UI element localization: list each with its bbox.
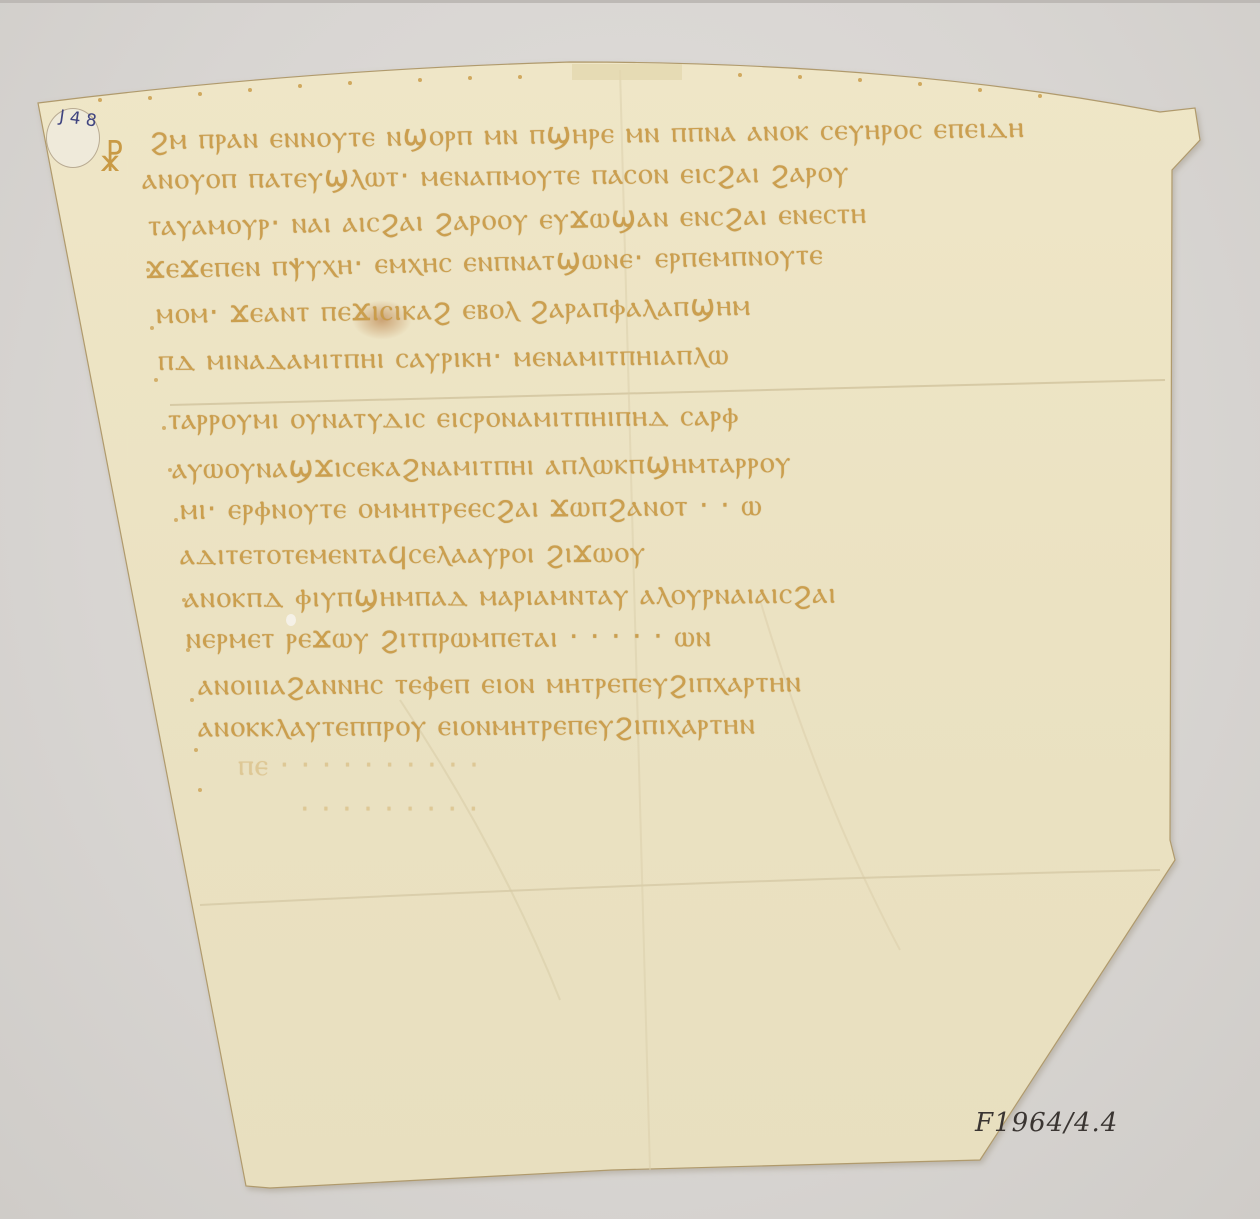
text-line: ϩⲙ ⲡⲣⲁⲛ ⲉⲛⲛⲟⲩⲧⲉ ⲛϣⲟⲣⲡ ⲙⲛ ⲡϣⲏⲣⲉ ⲙⲛ ⲡⲡⲛⲁ ⲁ… [150, 110, 1025, 157]
text-line: ⲙⲓ· ⲉⲣⲫⲛⲟⲩⲧⲉ ⲟⲙⲙⲏⲧⲣⲉⲉⲥϩⲁⲓ ϫⲱⲡϩⲁⲛⲟⲧ · · ⲱ [180, 488, 763, 527]
text-line: ⲁⲇⲓⲧⲉⲧⲟⲧⲉⲙⲉⲛⲧⲁϥⲥⲉⲗⲁⲁⲩⲣⲟⲓ ϩⲓϫⲱⲟⲩ [180, 535, 646, 572]
text-line: ⲛⲉⲣⲙⲉⲧ ⲣⲉϫⲱⲩ ϩⲓⲧⲡⲣⲱⲙⲡⲉⲧⲁⲓ · · · · · ⲱⲛ [186, 619, 712, 656]
faded-text-line: · · · · · · · · · [300, 792, 479, 827]
text-line: ⲁⲛⲟⲕⲕⲗⲁⲩⲧⲉⲡⲡⲣⲟⲩ ⲉⲓⲟⲛⲙⲏⲧⲣⲉⲡⲉⲩϩⲓⲡⲓⲭⲁⲣⲧⲏⲛ [198, 707, 756, 745]
text-line: ⲁⲩⲱⲟⲩⲛⲁϣϫⲓⲥⲉⲕⲁϩⲛⲁⲙⲓⲧⲡⲏⲓ ⲁⲡⲗⲱⲕⲡϣⲏⲙⲧⲁⲣⲣⲟⲩ [172, 445, 792, 486]
text-line: ⲡⲇ ⲙⲓⲛⲁⲇⲁⲙⲓⲧⲡⲏⲓ ⲥⲁⲩⲣⲓⲕⲏ· ⲙⲉⲛⲁⲙⲓⲧⲡⲏⲓⲁⲡⲗⲱ [158, 337, 730, 378]
faded-text-line: ⲡⲉ · · · · · · · · · · [238, 748, 480, 783]
text-line: ⲁⲛⲟⲓⲓⲓⲁϩⲁⲛⲛⲏⲥ ⲧⲉⲫⲉⲡ ⲉⲓⲟⲛ ⲙⲏⲧⲣⲉⲡⲉⲩϩⲓⲡⲭⲁⲣⲧ… [198, 664, 802, 702]
text-line: ⲙⲟⲙ· ϫⲉⲁⲛⲧ ⲡⲉϫⲓⲥⲓⲕⲁϩ ⲉⲃⲟⲗ ϩⲁⲣⲁⲡⲫⲁⲗⲁⲡϣⲏⲙ [156, 288, 752, 331]
text-line: ⲧⲁⲩⲁⲙⲟⲩⲣ· ⲛⲁⲓ ⲁⲓⲥϩⲁⲓ ϩⲁⲣⲟⲟⲩ ⲉⲩϫⲱϣⲁⲛ ⲉⲛⲥϩ… [148, 196, 868, 244]
manuscript-text: ϩⲙ ⲡⲣⲁⲛ ⲉⲛⲛⲟⲩⲧⲉ ⲛϣⲟⲣⲡ ⲙⲛ ⲡϣⲏⲣⲉ ⲙⲛ ⲡⲡⲛⲁ ⲁ… [0, 0, 1260, 1219]
text-line: ϫⲉϫⲉⲡⲉⲛ ⲡⲯⲩⲭⲏ· ⲉⲙⲭⲏⲥ ⲉⲛⲡⲛⲁⲧϣⲱⲛⲉ· ⲉⲣⲡⲉⲙⲡⲛ… [146, 237, 824, 286]
text-line: ⲁⲛⲟⲕⲡⲇ ⲫⲓⲩⲡϣⲏⲙⲡⲁⲇ ⲙⲁⲣⲓⲁⲙⲛⲧⲁⲩ ⲁⲗⲟⲩⲣⲛⲁⲓⲁⲓⲥ… [184, 576, 837, 616]
text-line: ⲁⲛⲟⲩⲟⲡ ⲡⲁⲧⲉⲩϣⲗⲱⲧ· ⲙⲉⲛⲁⲡⲙⲟⲩⲧⲉ ⲡⲁⲥⲟⲛ ⲉⲓⲥϩⲁ… [142, 154, 850, 196]
registration-number: F1964/4.4 [975, 1108, 1118, 1138]
text-line: ⲧⲁⲣⲣⲟⲩⲙⲓ ⲟⲩⲛⲁⲧⲩⲇⲓⲥ ⲉⲓⲥⲣⲟⲛⲁⲙⲓⲧⲡⲏⲓⲡⲏⲇ ⲥⲁⲣⲫ [168, 398, 740, 437]
